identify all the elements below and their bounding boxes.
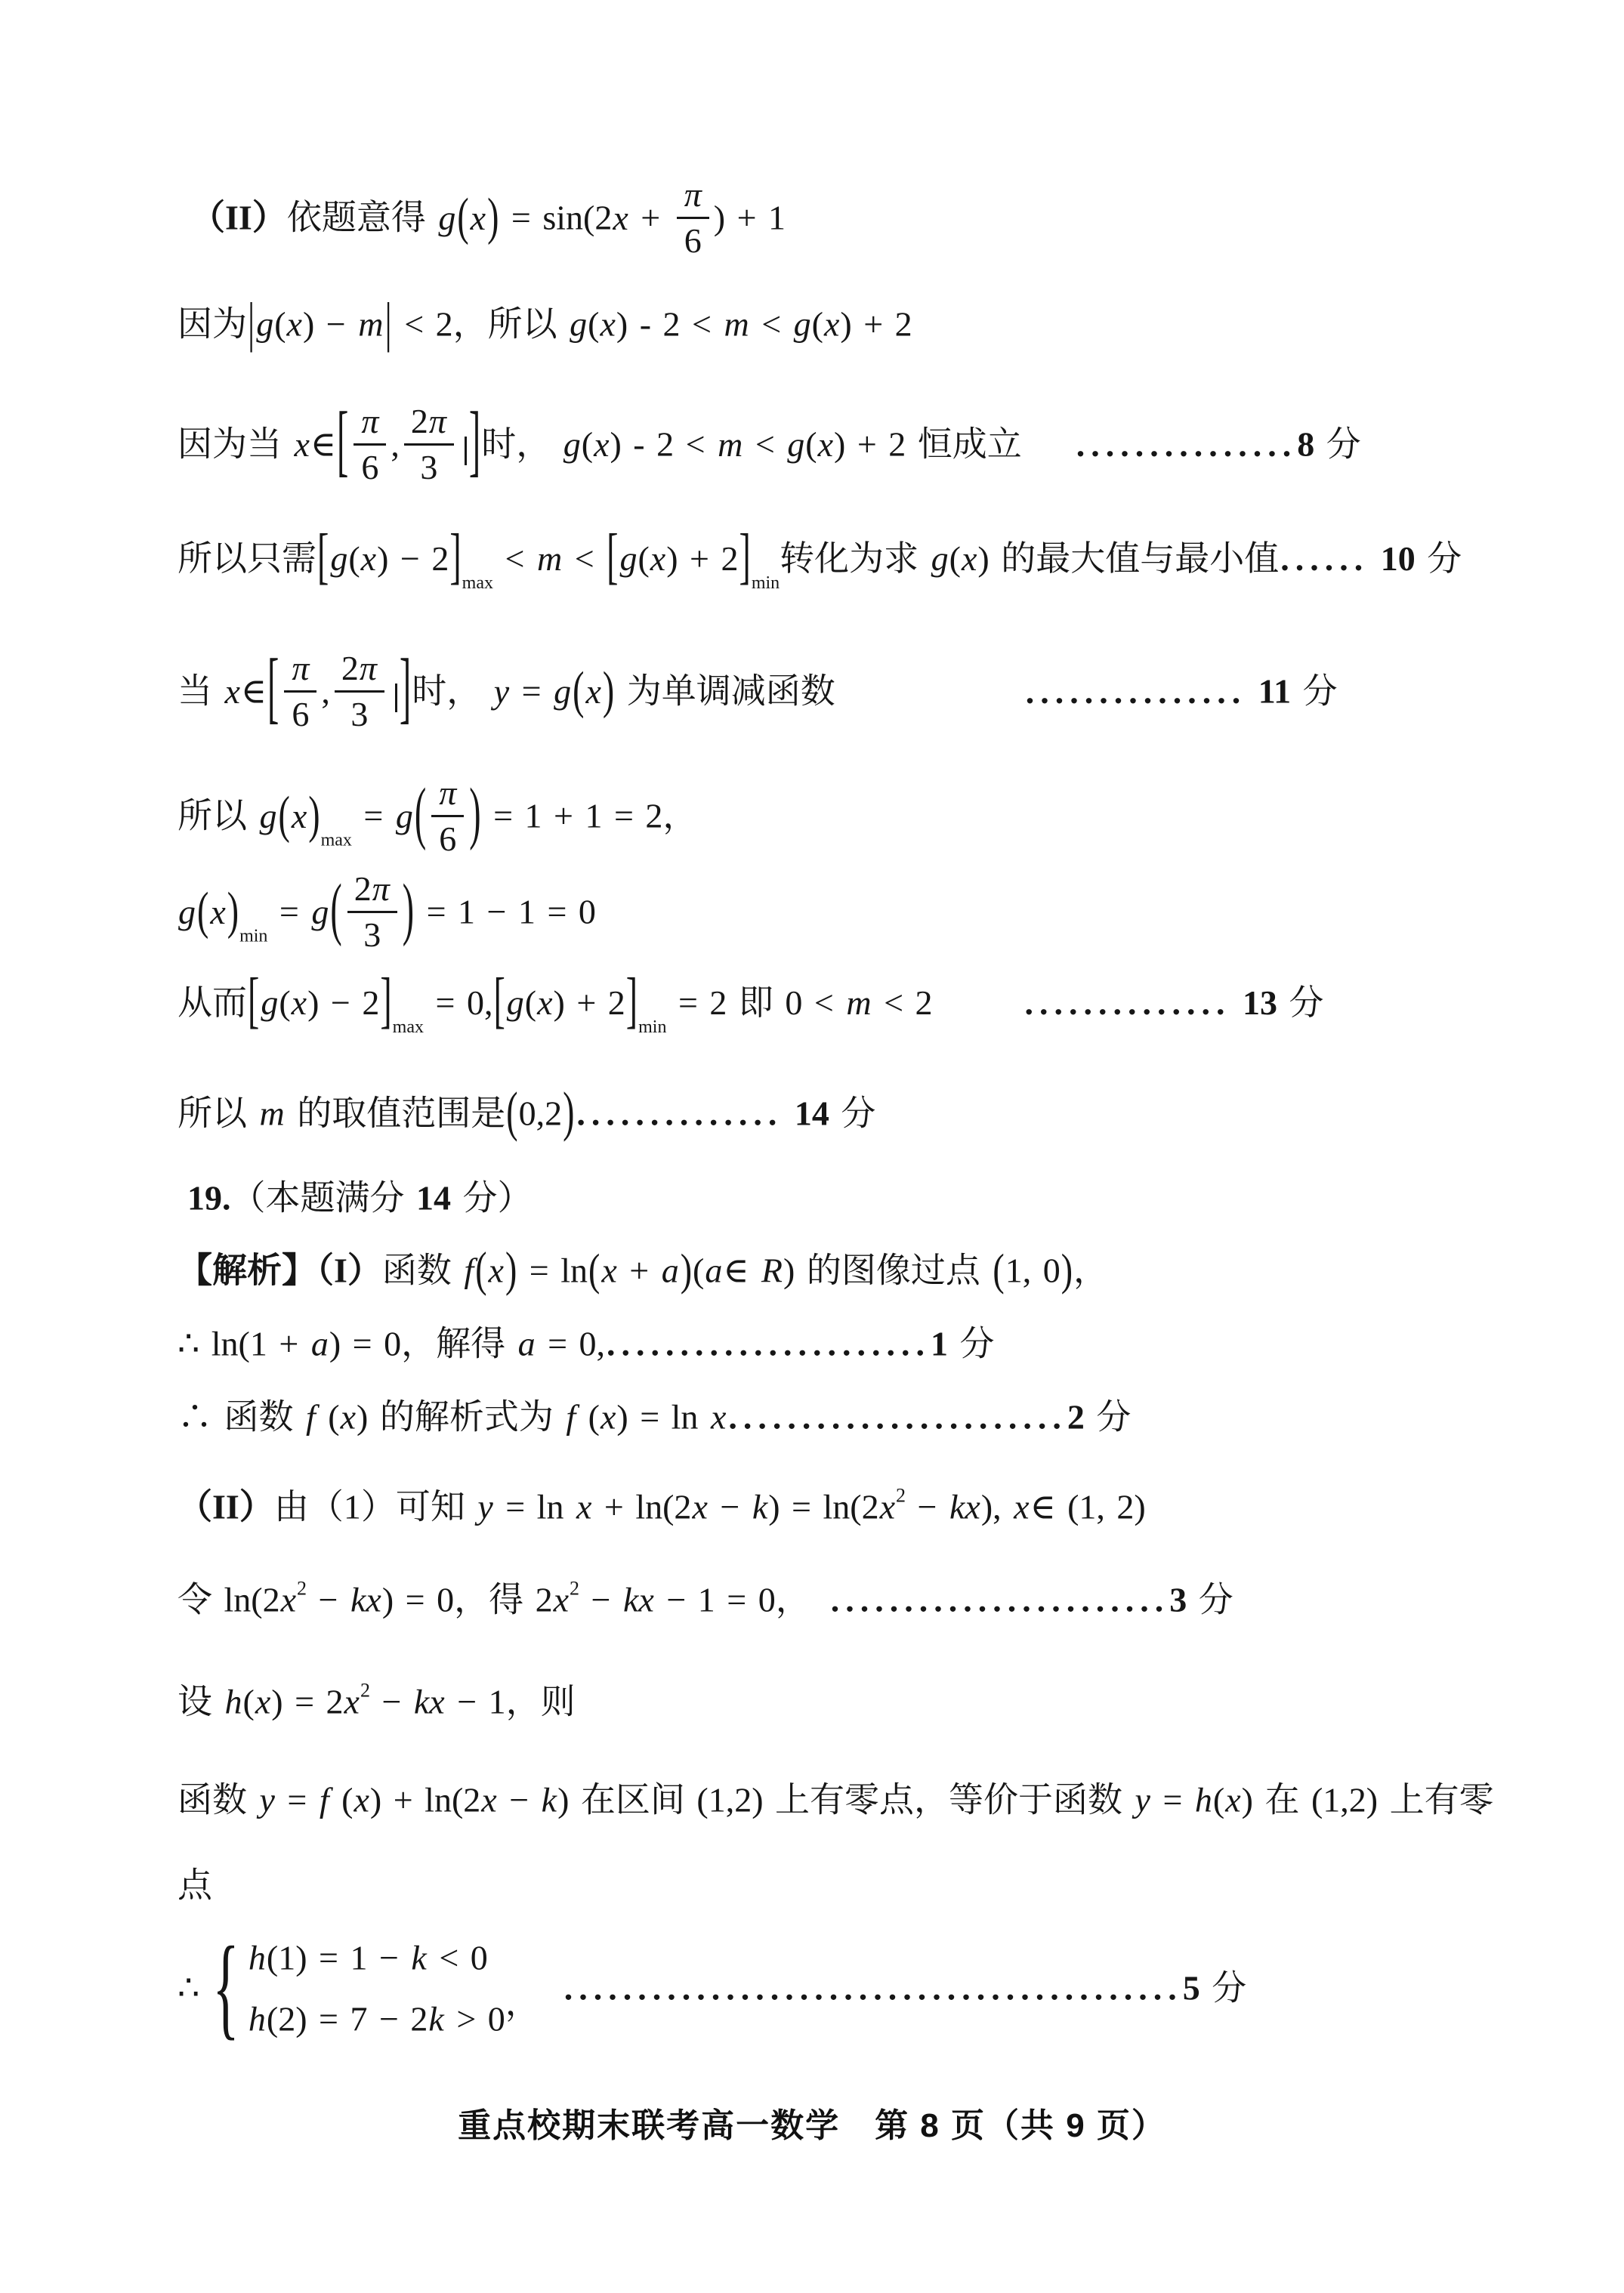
fraction-numerator: π xyxy=(284,649,316,693)
math-text xyxy=(1246,672,1258,711)
math-text: 的取值范围是 xyxy=(286,1094,506,1133)
stretch-delimiter: ) xyxy=(468,775,481,851)
math-text: = 1 − 1 = 0 xyxy=(415,893,596,931)
math-variable: g xyxy=(619,539,638,578)
math-text: ) + 1 xyxy=(714,199,786,237)
stretch-delimiter: ) xyxy=(486,188,499,245)
left-brace-icon: { xyxy=(212,1926,239,2052)
math-variable: k xyxy=(428,1999,444,2038)
solution-line-conclusion-13pts: 从而[g(x) − 2]max = 0,[g(x) + 2]min = 2 即 … xyxy=(178,984,1324,1037)
math-variable: x xyxy=(255,1683,271,1721)
math-variable: g xyxy=(506,983,525,1022)
bold-text: 2 xyxy=(1067,1398,1085,1437)
math-variable: x xyxy=(600,1398,616,1437)
math-variable: π xyxy=(360,402,379,440)
math-text: (1) = 1 − xyxy=(267,1938,411,1977)
stretch-delimiter: ) xyxy=(602,662,615,719)
math-text: 令 ln(2 xyxy=(178,1581,280,1619)
stretch-delimiter: ) xyxy=(562,1082,575,1143)
math-text: ( xyxy=(588,305,599,344)
math-text: > 0 xyxy=(445,1999,505,2038)
math-variable: x xyxy=(344,1683,360,1721)
solution-line-interval-holds-8pts: 因为当 x∈[π6,2π3]时， g(x) - 2 < m < g(x) + 2… xyxy=(178,406,1361,490)
fraction-numerator: π xyxy=(431,773,464,817)
cases-brace-group: {h(1) = 1 − k < 0h(2) = 7 − 2k > 0 xyxy=(211,1939,505,2038)
math-text: = xyxy=(510,672,553,711)
superscript-exponent: 2 xyxy=(297,1578,307,1600)
math-text: 为单调减函数 xyxy=(615,672,835,711)
math-text: ) = ln xyxy=(616,1398,710,1437)
math-variable: g xyxy=(310,893,329,931)
quadratic-equation-line-3pts: 令 ln(2x2 − kx) = 0，得 2x2 − kx − 1 = 0，..… xyxy=(178,1579,1233,1620)
math-variable: x xyxy=(291,983,307,1022)
stretch-delimiter: ) xyxy=(505,1243,517,1297)
math-text: 转化为求 xyxy=(780,539,931,578)
math-variable: x xyxy=(1013,1488,1030,1526)
math-text: ) = 0，解得 xyxy=(329,1325,517,1363)
fraction-denominator: 6 xyxy=(677,219,709,261)
math-variable: a xyxy=(661,1251,680,1290)
math-text: 2 xyxy=(341,649,359,687)
math-text: 时， xyxy=(481,425,563,464)
analysis-part1-line: 【解析】（I）函数 f(x) = ln(x + a)(a∈ R) 的图像过点 (… xyxy=(178,1252,1108,1291)
math-text: ( xyxy=(525,983,536,1022)
bold-text: 3 xyxy=(1169,1581,1187,1619)
math-text: 当 xyxy=(178,672,224,711)
math-text: ( xyxy=(582,425,593,464)
math-variable: x xyxy=(286,305,303,344)
math-text: = 2 即 0 < xyxy=(666,983,845,1022)
subscript-label: min xyxy=(752,573,780,593)
math-variable: m xyxy=(259,1094,286,1133)
fraction-numerator: 2π xyxy=(335,649,384,693)
math-text: ∈ xyxy=(723,1251,761,1290)
math-text: ( xyxy=(316,1398,340,1437)
part2-combined-log-line: （II）由（1）可知 y = ln x + ln(2x − k) = ln(2x… xyxy=(178,1486,1146,1527)
stretch-delimiter: [ xyxy=(606,522,619,591)
math-variable: g xyxy=(553,672,572,711)
zero-point-continuation: 点 xyxy=(178,1867,212,1906)
math-text: < 2 xyxy=(872,983,933,1022)
solution-line-range-14pts: 所以 m 的取值范围是(0,2).............. 14 分 xyxy=(178,1095,875,1134)
bold-text: 1 xyxy=(931,1325,948,1363)
math-text: ∴ xyxy=(178,1969,211,2008)
math-text: ) − xyxy=(303,305,357,344)
math-text: − xyxy=(370,1683,413,1721)
stretch-delimiter: ] xyxy=(738,522,751,591)
stretch-delimiter: ] xyxy=(379,966,392,1035)
math-variable: g xyxy=(786,425,805,464)
math-text: − 1，则 xyxy=(446,1683,576,1721)
math-text: ( xyxy=(348,539,360,578)
math-text: 依题意得 xyxy=(287,199,438,237)
trailing-comma: ， xyxy=(505,1984,540,2023)
math-variable: g xyxy=(329,539,348,578)
math-variable: x xyxy=(480,1781,497,1819)
dot-leader: .............. xyxy=(576,1094,783,1133)
math-variable: x xyxy=(340,1398,357,1437)
math-text: ) = ln(2 xyxy=(768,1488,878,1526)
math-variable: g xyxy=(395,797,414,835)
bold-text: 14 xyxy=(416,1179,451,1217)
fraction-numerator: 2π xyxy=(404,402,454,446)
spacer xyxy=(835,702,1024,703)
math-text: 分 xyxy=(1291,672,1338,711)
math-text: ) = 0，得 2 xyxy=(382,1581,553,1619)
bold-text: 10 xyxy=(1381,539,1416,578)
math-variable: a xyxy=(517,1325,536,1363)
math-variable: f xyxy=(305,1398,316,1437)
spacer xyxy=(540,1999,563,2000)
math-variable: x xyxy=(1224,1781,1241,1819)
fraction-denominator: 6 xyxy=(354,446,386,487)
cases-system-line-5pts: ∴ {h(1) = 1 − k < 0h(2) = 7 − 2k > 0，...… xyxy=(178,1942,1246,2041)
math-variable: x xyxy=(879,1488,896,1526)
math-variable: m xyxy=(717,425,743,464)
math-text: ) + 2 xyxy=(666,539,738,578)
fraction: π6 xyxy=(431,773,464,858)
dot-leader: ...................... xyxy=(607,1325,931,1363)
math-text: 所以只需 xyxy=(178,539,316,578)
math-variable: m xyxy=(357,305,384,344)
math-text: 函数 xyxy=(382,1251,464,1290)
cases-column: h(1) = 1 − k < 0h(2) = 7 − 2k > 0 xyxy=(248,1939,505,2038)
math-variable: x xyxy=(817,425,834,464)
math-text: < 2，所以 xyxy=(393,305,569,344)
subscript-label: min xyxy=(638,1017,666,1037)
bold-text: 19. xyxy=(187,1179,231,1217)
stretch-delimiter: ) xyxy=(680,1245,693,1295)
subscript-label: min xyxy=(239,927,267,946)
solution-line-maxmin-10pts: 所以只需[g(x) − 2]max < m < [g(x) + 2]min转化为… xyxy=(178,540,1462,593)
stretch-delimiter: ( xyxy=(414,775,427,851)
math-text: ∈ (1, 2) xyxy=(1030,1488,1146,1526)
fraction: π6 xyxy=(284,649,316,733)
spacer xyxy=(933,1014,1023,1014)
bold-text: （I） xyxy=(316,1251,382,1290)
math-text: 点 xyxy=(178,1866,212,1905)
math-variable: g xyxy=(259,797,278,835)
math-text: , xyxy=(391,425,400,464)
math-variable: h xyxy=(248,1938,267,1977)
math-text: ∴ 函数 xyxy=(178,1398,305,1437)
cases-row: h(2) = 7 − 2k > 0 xyxy=(248,2000,505,2038)
zero-point-equivalence-line: 函数 y = f (x) + ln(2x − k) 在区间 (1,2) 上有零点… xyxy=(178,1782,1494,1820)
math-text: 所以 xyxy=(178,1094,259,1133)
math-text xyxy=(1369,539,1381,578)
math-variable: m xyxy=(845,983,872,1022)
math-variable: a xyxy=(704,1251,723,1290)
subscript-label: max xyxy=(393,1017,424,1037)
dot-leader: ...... xyxy=(1280,539,1369,578)
solution-line-gmax: 所以 g(x)max = g(π6) = 1 + 1 = 2， xyxy=(178,777,697,862)
math-variable: f xyxy=(463,1251,474,1290)
math-text: − xyxy=(498,1781,541,1819)
math-text: = xyxy=(276,1781,319,1819)
math-text: 3 xyxy=(420,448,437,486)
math-variable: x xyxy=(470,199,486,237)
math-text: 设 xyxy=(178,1683,224,1721)
math-variable: x xyxy=(710,1398,727,1437)
subscript-label: max xyxy=(321,831,352,850)
document-page: （II）依题意得 g(x) = sin(2x + π6) + 1 因为|g(x)… xyxy=(0,0,1624,2293)
math-text: − xyxy=(307,1581,350,1619)
stretch-delimiter: ( xyxy=(196,882,209,940)
math-text xyxy=(1231,983,1243,1022)
stretch-delimiter: [ xyxy=(247,966,260,1035)
stretch-delimiter: | xyxy=(384,292,392,353)
math-text: = ln xyxy=(494,1488,576,1526)
stretch-delimiter: ( xyxy=(572,662,585,719)
math-text: 6 xyxy=(439,819,456,858)
math-variable: kx xyxy=(413,1683,446,1721)
math-text: ( xyxy=(279,983,290,1022)
stretch-delimiter: [ xyxy=(316,522,329,591)
math-text: + xyxy=(629,199,672,237)
stretch-delimiter: ( xyxy=(456,188,469,245)
superscript-exponent: 2 xyxy=(360,1680,370,1702)
math-variable: g xyxy=(569,305,588,344)
dot-leader: ....................... xyxy=(728,1398,1067,1437)
math-text: − xyxy=(709,1488,752,1526)
fraction: 2π3 xyxy=(335,649,384,733)
math-variable: g xyxy=(255,305,274,344)
math-text: 6 xyxy=(361,448,378,486)
math-variable: k xyxy=(410,1938,427,1977)
math-text: ( xyxy=(812,305,823,344)
math-variable: h xyxy=(1194,1781,1213,1819)
math-text: ， xyxy=(1073,1251,1108,1290)
math-text: 分 xyxy=(1187,1581,1233,1619)
math-text: + xyxy=(618,1251,661,1290)
bold-text: 13 xyxy=(1243,983,1277,1022)
math-text: ) + ln(2 xyxy=(370,1781,480,1819)
math-text: = xyxy=(352,797,395,835)
stretch-delimiter: ) xyxy=(402,871,415,947)
math-variable: R xyxy=(761,1251,783,1290)
math-text: − 1 = 0， xyxy=(655,1581,810,1619)
math-variable: h xyxy=(248,1999,267,2038)
math-variable: g xyxy=(437,199,456,237)
math-text: ) 在 (1,2) 上有零 xyxy=(1242,1781,1494,1819)
stretch-delimiter: ( xyxy=(588,1245,601,1295)
math-text: ), xyxy=(981,1488,1013,1526)
math-text: ) = 2 xyxy=(271,1683,343,1721)
math-text: 分 xyxy=(829,1094,876,1133)
math-variable: x xyxy=(360,539,377,578)
math-text: ( xyxy=(1213,1781,1224,1819)
math-variable: y xyxy=(1135,1781,1151,1819)
spacer xyxy=(1022,455,1075,456)
math-variable: k xyxy=(541,1781,557,1819)
math-text: 分 xyxy=(1277,983,1324,1022)
math-text: ) − 2 xyxy=(377,539,449,578)
math-text: ) 的解析式为 xyxy=(357,1398,565,1437)
math-variable: k xyxy=(752,1488,768,1526)
fraction-denominator: 6 xyxy=(284,693,316,734)
page-footer: 重点校期末联考高一数学 第 8 页（共 9 页） xyxy=(0,2098,1624,2146)
math-text: < 0 xyxy=(428,1938,488,1977)
bold-text: 5 xyxy=(1183,1969,1200,2008)
dot-leader: ........................................… xyxy=(564,1969,1183,2008)
fraction-denominator: 6 xyxy=(431,817,464,859)
math-text: 0,2 xyxy=(519,1094,563,1133)
math-variable: x xyxy=(224,672,241,711)
math-text: ( xyxy=(243,1683,255,1721)
math-text: ( xyxy=(330,1781,354,1819)
math-text: , xyxy=(321,672,330,711)
math-variable: π xyxy=(684,175,702,214)
question-19-heading: 19.（本题满分 14 分） xyxy=(187,1180,533,1218)
math-text: ) − 2 xyxy=(307,983,379,1022)
stretch-delimiter: [ xyxy=(267,643,279,731)
solve-a-line-1pt: ∴ ln(1 + a) = 0，解得 a = 0,...............… xyxy=(178,1325,995,1364)
math-variable: y xyxy=(493,672,510,711)
math-text: < xyxy=(750,305,793,344)
math-variable: x xyxy=(280,1581,297,1619)
math-text: 分 xyxy=(1416,539,1462,578)
stretch-delimiter: | xyxy=(247,292,255,353)
math-variable: x xyxy=(536,983,553,1022)
fraction-denominator: 3 xyxy=(335,693,384,734)
math-variable: π xyxy=(438,773,457,812)
math-variable: f xyxy=(565,1398,576,1437)
math-variable: x xyxy=(601,1251,617,1290)
math-text: ∈ xyxy=(310,425,336,464)
cases-row: h(1) = 1 − k < 0 xyxy=(248,1939,505,1977)
math-variable: kx xyxy=(350,1581,382,1619)
fraction-numerator: π xyxy=(677,175,709,219)
math-text: 1, 0 xyxy=(1005,1251,1061,1290)
fraction-numerator: π xyxy=(354,402,386,446)
math-variable: a xyxy=(310,1325,329,1363)
math-variable: g xyxy=(563,425,582,464)
math-variable: x xyxy=(593,425,610,464)
fraction-denominator: 3 xyxy=(347,913,397,955)
dot-leader: ............... xyxy=(1026,672,1247,711)
math-variable: x xyxy=(823,305,840,344)
math-variable: x xyxy=(576,1488,592,1526)
dot-leader: ............... xyxy=(1076,425,1298,464)
math-variable: x xyxy=(353,1781,369,1819)
stretch-delimiter: ( xyxy=(474,1243,487,1297)
math-text: 分 xyxy=(1200,1969,1247,2008)
math-text: − xyxy=(906,1488,949,1526)
math-variable: x xyxy=(291,797,307,835)
bold-text: 【解析】 xyxy=(178,1251,316,1290)
math-text: ∴ ln(1 + xyxy=(178,1325,310,1363)
spacer xyxy=(810,1611,829,1612)
stretch-delimiter: ( xyxy=(329,871,342,947)
math-text: = ln xyxy=(517,1251,588,1290)
stretch-delimiter: [ xyxy=(336,397,349,484)
math-text: + ln(2 xyxy=(592,1488,691,1526)
math-variable: kx xyxy=(949,1488,981,1526)
math-text: = 0, xyxy=(424,983,492,1022)
math-text: 所以 xyxy=(178,797,259,835)
fraction: 2π3 xyxy=(347,869,397,954)
math-variable: h xyxy=(224,1683,243,1721)
bold-text: 8 xyxy=(1297,425,1314,464)
stretch-delimiter: ( xyxy=(278,786,291,844)
solution-line-abs-inequality: 因为|g(x) − m| < 2，所以 g(x) - 2 < m < g(x) … xyxy=(178,306,912,344)
math-text: ∈ xyxy=(241,672,267,711)
math-text: 时， xyxy=(412,672,493,711)
stretch-delimiter: ] xyxy=(449,522,462,591)
superscript-exponent: 2 xyxy=(896,1485,906,1507)
math-text: = xyxy=(1151,1781,1194,1819)
fraction-numerator: 2π xyxy=(347,869,397,913)
math-text: 函数 xyxy=(178,1781,259,1819)
solution-line-gx-definition: （II）依题意得 g(x) = sin(2x + π6) + 1 xyxy=(190,179,786,264)
math-text: ) 的最大值与最小值 xyxy=(977,539,1279,578)
math-variable: x xyxy=(585,672,601,711)
math-text: 因为当 xyxy=(178,425,294,464)
subscript-label: max xyxy=(462,573,493,593)
math-text: < xyxy=(563,539,606,578)
math-variable: m xyxy=(723,305,749,344)
math-text: ( xyxy=(274,305,286,344)
define-hx-line: 设 h(x) = 2x2 − kx − 1，则 xyxy=(178,1680,576,1722)
math-text: (2) = 7 − 2 xyxy=(267,1999,428,2038)
math-text: 3 xyxy=(363,915,381,954)
math-variable: π xyxy=(291,649,310,687)
math-variable: m xyxy=(536,539,563,578)
math-text: ) + 2 恒成立 xyxy=(834,425,1022,464)
math-text: 2 xyxy=(354,869,372,908)
math-text xyxy=(783,1094,795,1133)
math-text: ) 的图像过点 xyxy=(783,1251,992,1290)
math-text: ( xyxy=(576,1398,600,1437)
solution-line-monotone-11pts: 当 x∈[π6,2π3]时， y = g(x) 为单调减函数..........… xyxy=(178,653,1338,737)
stretch-delimiter: ( xyxy=(992,1245,1005,1295)
dot-leader: ....................... xyxy=(831,1581,1170,1619)
math-text: ( xyxy=(949,539,961,578)
stretch-delimiter: ) xyxy=(227,882,239,940)
math-text: 2 xyxy=(411,402,428,440)
math-text: 6 xyxy=(292,695,309,733)
math-variable: f xyxy=(319,1781,330,1819)
math-variable: π xyxy=(359,649,378,687)
math-variable: x xyxy=(612,199,628,237)
fraction: π6 xyxy=(677,175,709,260)
fraction: 2π3 xyxy=(404,402,454,486)
math-text: 由（1）可知 xyxy=(274,1488,477,1526)
stretch-delimiter: [ xyxy=(492,966,505,1035)
math-variable: x xyxy=(599,305,616,344)
math-text: = 0, xyxy=(536,1325,605,1363)
math-variable: g xyxy=(260,983,279,1022)
math-text: 因为 xyxy=(178,305,247,344)
math-text: ( xyxy=(805,425,817,464)
math-text: 分 xyxy=(1085,1398,1132,1437)
math-text: （本题满分 xyxy=(231,1179,417,1217)
bracket-tick xyxy=(465,437,467,465)
math-text: ( xyxy=(693,1251,704,1290)
stretch-delimiter: ] xyxy=(468,397,481,484)
math-text: ( xyxy=(638,539,649,578)
math-text: 6 xyxy=(684,221,702,260)
math-variable: x xyxy=(650,539,666,578)
math-variable: g xyxy=(178,893,196,931)
bold-text: （II） xyxy=(178,1488,274,1526)
math-variable: x xyxy=(488,1251,505,1290)
math-variable: x xyxy=(961,539,977,578)
math-variable: g xyxy=(931,539,949,578)
stretch-delimiter: ] xyxy=(399,643,412,731)
fx-expression-line-2pts: ∴ 函数 f (x) 的解析式为 f (x) = ln x...........… xyxy=(178,1399,1131,1437)
math-text: = sin(2 xyxy=(499,199,612,237)
